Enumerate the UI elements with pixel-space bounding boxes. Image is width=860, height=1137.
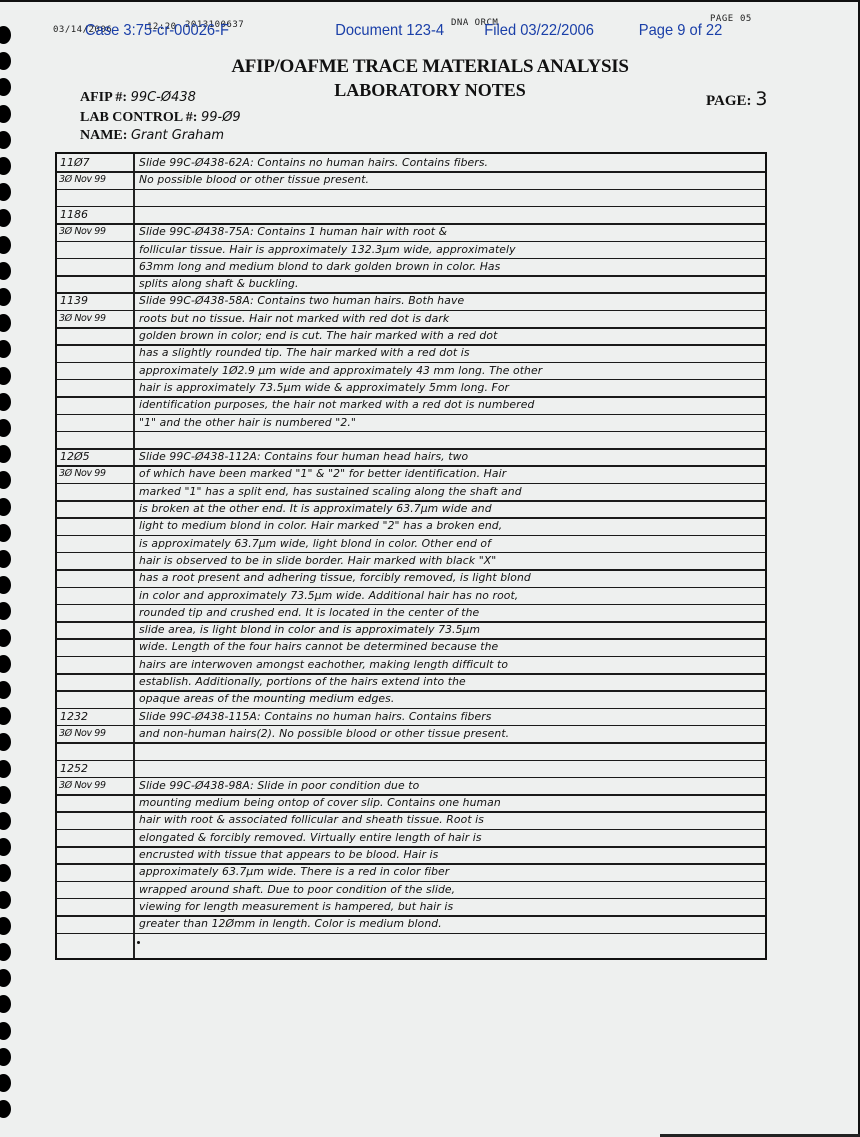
entry-text-line: has a root present and adhering tissue, … — [139, 571, 531, 584]
binder-hole — [0, 393, 11, 411]
ecf-case: Case 3:75-cr-00026-F — [85, 22, 229, 40]
ecf-document: Document 123-4 — [335, 22, 444, 40]
binder-hole — [0, 1100, 11, 1118]
entry-text-line: hairs are interwoven amongst eachother, … — [139, 658, 508, 671]
binder-hole — [0, 105, 11, 123]
lab-control-value: 99-Ø9 — [201, 110, 241, 125]
entry-time: 1232 — [60, 710, 88, 723]
entry-time: 12Ø5 — [60, 450, 90, 463]
binder-hole — [0, 995, 11, 1013]
entry-text-line: slide area, is light blond in color and … — [139, 623, 480, 636]
entry-text-line: encrusted with tissue that appears to be… — [139, 848, 438, 861]
entry-text-line: Slide 99C-Ø438-98A: Slide in poor condit… — [139, 779, 419, 792]
binder-hole — [0, 262, 11, 280]
entry-text-line: wide. Length of the four hairs cannot be… — [139, 640, 498, 653]
binder-hole — [0, 1074, 11, 1092]
entry-text-line: of which have been marked "1" & "2" for … — [139, 467, 506, 480]
entry-text-line: is approximately 63.7µm wide, light blon… — [139, 537, 491, 550]
entry-text-line: "1" and the other hair is numbered "2." — [139, 416, 356, 429]
afip-number: AFIP #: 99C-Ø438 — [80, 90, 196, 106]
binder-hole — [0, 183, 11, 201]
binder-hole — [0, 629, 11, 647]
binder-hole — [0, 26, 11, 44]
binder-hole — [0, 157, 11, 175]
lab-notes-table: 11Ø73Ø Nov 99Slide 99C-Ø438-62A: Contain… — [55, 152, 767, 960]
ruled-line — [57, 742, 765, 744]
binder-hole — [0, 733, 11, 751]
entry-date: 3Ø Nov 99 — [59, 468, 106, 479]
entry-text-line: Slide 99C-Ø438-75A: Contains 1 human hai… — [139, 225, 447, 238]
binder-hole — [0, 760, 11, 778]
binder-hole — [0, 891, 11, 909]
name-label: NAME: — [80, 128, 127, 143]
entry-text-line: splits along shaft & buckling. — [139, 277, 299, 290]
entry-text-line: viewing for length measurement is hamper… — [139, 900, 453, 913]
binder-hole — [0, 550, 11, 568]
binder-hole — [0, 471, 11, 489]
binder-hole — [0, 1048, 11, 1066]
lab-control-label: LAB CONTROL #: — [80, 110, 197, 125]
entry-text-line: hair with root & associated follicular a… — [139, 813, 484, 826]
entry-text-line: opaque areas of the mounting medium edge… — [139, 692, 394, 705]
binder-hole — [0, 288, 11, 306]
entry-text-line: No possible blood or other tissue presen… — [139, 173, 369, 186]
ruled-line — [57, 933, 765, 935]
scan-border-top — [0, 0, 860, 2]
entry-date: 3Ø Nov 99 — [59, 313, 106, 324]
binder-hole — [0, 864, 11, 882]
afip-value: 99C-Ø438 — [131, 90, 196, 105]
binder-hole — [0, 314, 11, 332]
ecf-page: Page 9 of 22 — [639, 22, 722, 40]
entry-date: 3Ø Nov 99 — [59, 174, 106, 185]
binder-hole — [0, 524, 11, 542]
name-value: Grant Graham — [131, 128, 224, 143]
binder-hole — [0, 681, 11, 699]
entry-text-line: identification purposes, the hair not ma… — [139, 398, 534, 411]
entry-text-line: establish. Additionally, portions of the… — [139, 675, 466, 688]
binder-hole — [0, 340, 11, 358]
fax-page-number: 05 — [740, 14, 752, 24]
entry-text-line: rounded tip and crushed end. It is locat… — [139, 606, 479, 619]
ecf-filed: Filed 03/22/2006 — [484, 22, 594, 40]
entry-text-line: mounting medium being ontop of cover sli… — [139, 796, 501, 809]
binder-hole — [0, 576, 11, 594]
entry-text-line: light to medium blond in color. Hair mar… — [139, 519, 502, 532]
entry-text-line: marked "1" has a split end, has sustaine… — [139, 485, 522, 498]
entry-text-line: approximately 1Ø2.9 µm wide and approxim… — [139, 364, 542, 377]
fax-header: 03/14/2006 12:20 2013100637 DNA ORCM PAG… — [50, 14, 830, 44]
entry-text-line: and non-human hairs(2). No possible bloo… — [139, 727, 509, 740]
ruled-line — [57, 431, 765, 433]
binder-hole — [0, 786, 11, 804]
binder-hole — [0, 209, 11, 227]
pen-mark — [137, 941, 140, 944]
entry-text-line: follicular tissue. Hair is approximately… — [139, 243, 516, 256]
binder-hole — [0, 655, 11, 673]
binder-hole — [0, 445, 11, 463]
entry-time: 11Ø7 — [60, 156, 90, 169]
entry-text-line: has a slightly rounded tip. The hair mar… — [139, 346, 470, 359]
binder-hole — [0, 943, 11, 961]
entry-text-line: Slide 99C-Ø438-62A: Contains no human ha… — [139, 156, 488, 169]
entry-text-line: Slide 99C-Ø438-58A: Contains two human h… — [139, 294, 464, 307]
entry-time: 1139 — [60, 294, 88, 307]
binder-hole — [0, 838, 11, 856]
afip-label: AFIP #: — [80, 90, 127, 105]
entry-text-line: in color and approximately 73.5µm wide. … — [139, 589, 518, 602]
lab-control-number: LAB CONTROL #: 99-Ø9 — [80, 110, 241, 126]
entry-date: 3Ø Nov 99 — [59, 226, 106, 237]
binder-hole — [0, 367, 11, 385]
analyst-name: NAME: Grant Graham — [80, 128, 224, 144]
entry-text-line: wrapped around shaft. Due to poor condit… — [139, 883, 455, 896]
entry-text-line: golden brown in color; end is cut. The h… — [139, 329, 497, 342]
binder-hole — [0, 969, 11, 987]
ruled-line — [57, 206, 765, 208]
entry-date: 3Ø Nov 99 — [59, 728, 106, 739]
entry-text-line: Slide 99C-Ø438-115A: Contains no human h… — [139, 710, 492, 723]
binder-hole — [0, 707, 11, 725]
binder-hole — [0, 498, 11, 516]
entry-text-line: elongated & forcibly removed. Virtually … — [139, 831, 482, 844]
entry-text-line: 63mm long and medium blond to dark golde… — [139, 260, 500, 273]
entry-text-line: approximately 63.7µm wide. There is a re… — [139, 865, 449, 878]
entry-time: 1186 — [60, 208, 88, 221]
entry-text-line: is broken at the other end. It is approx… — [139, 502, 492, 515]
entry-text-line: roots but no tissue. Hair not marked wit… — [139, 312, 449, 325]
page-label: PAGE: — [706, 93, 752, 109]
entry-time: 1252 — [60, 762, 88, 775]
notebook-page-number: PAGE: 3 — [706, 88, 767, 110]
entry-text-line: Slide 99C-Ø438-112A: Contains four human… — [139, 450, 468, 463]
entry-text-line: greater than 12Ømm in length. Color is m… — [139, 917, 442, 930]
binder-hole — [0, 1022, 11, 1040]
entry-text-line: hair is approximately 73.5µm wide & appr… — [139, 381, 509, 394]
binder-hole — [0, 602, 11, 620]
page-value: 3 — [755, 88, 767, 110]
binder-hole — [0, 812, 11, 830]
ruled-line — [57, 760, 765, 762]
binder-hole — [0, 419, 11, 437]
entry-date: 3Ø Nov 99 — [59, 780, 106, 791]
document-title: AFIP/OAFME TRACE MATERIALS ANALYSIS — [0, 56, 860, 78]
binder-hole — [0, 131, 11, 149]
binder-hole — [0, 236, 11, 254]
entry-text-line: hair is observed to be in slide border. … — [139, 554, 496, 567]
binder-hole — [0, 917, 11, 935]
ruled-line — [57, 189, 765, 191]
